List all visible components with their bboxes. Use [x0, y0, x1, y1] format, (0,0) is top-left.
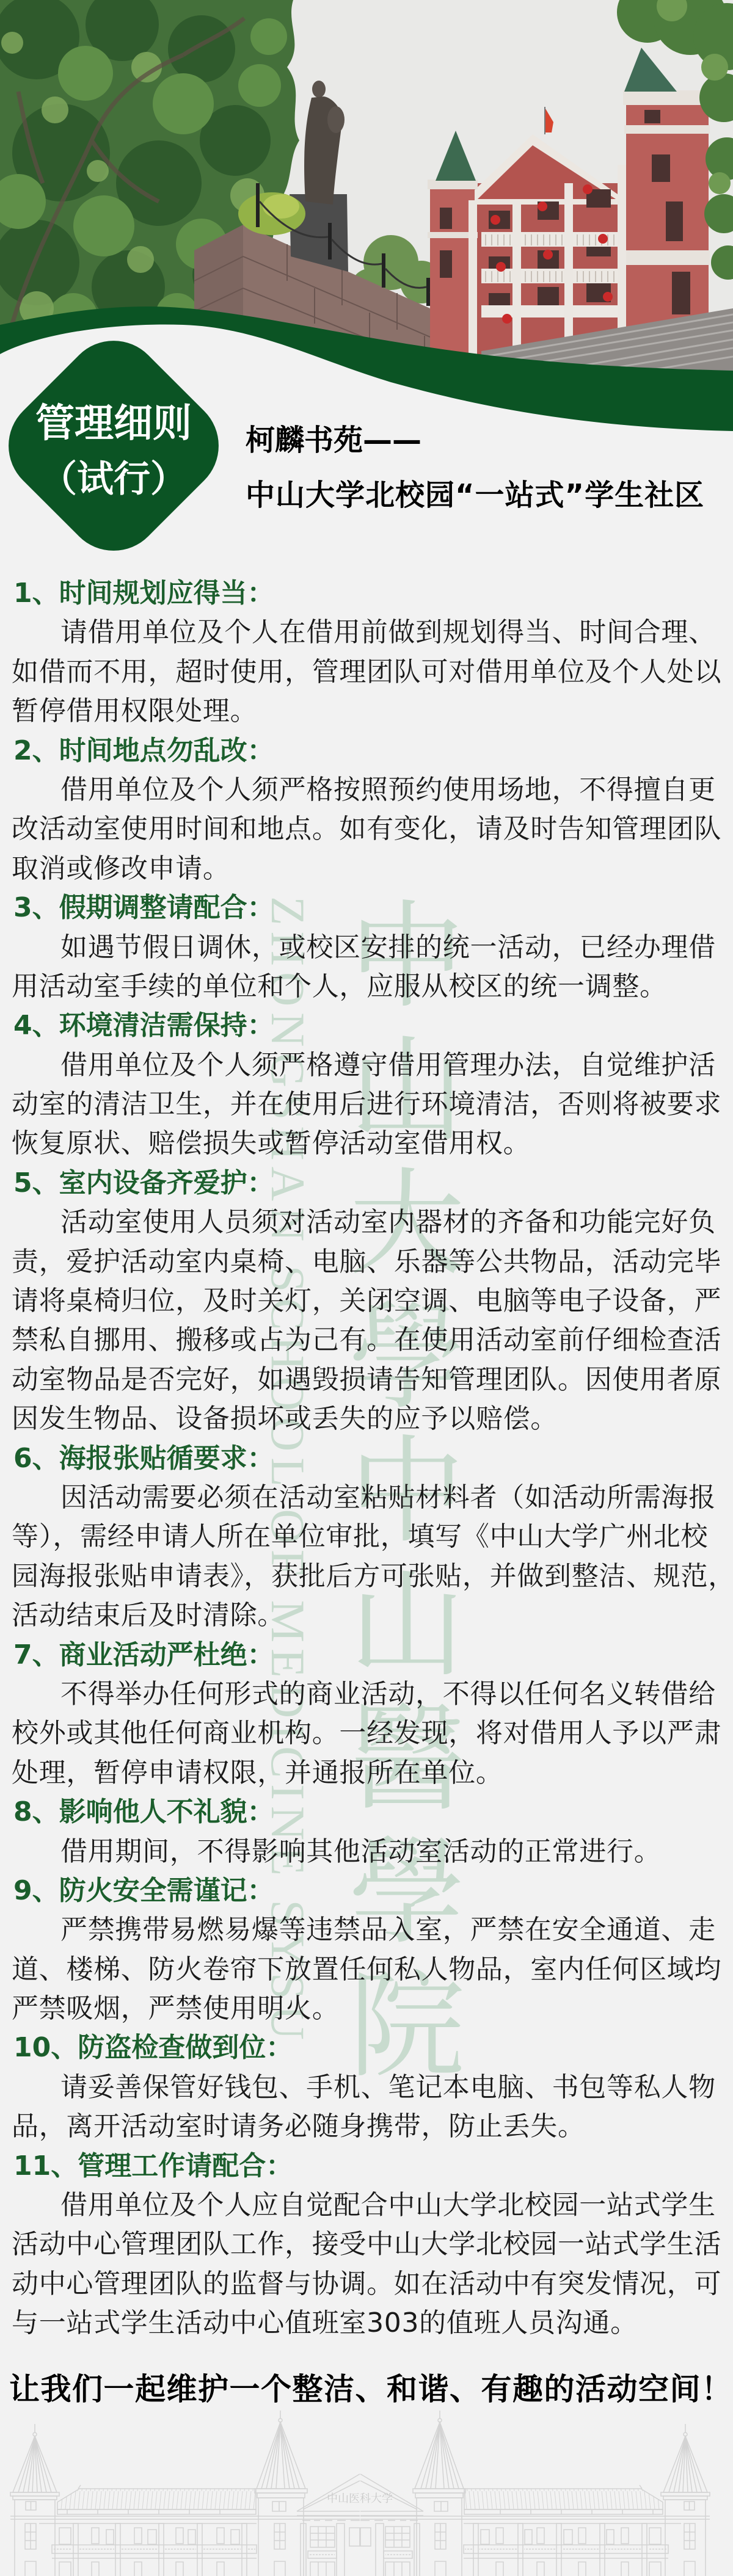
rule-text-line: 因发生物品、设备损坏或丢失的应予以赔偿。	[12, 1399, 729, 1439]
closing-slogan: 让我们一起维护一个整洁、和谐、有趣的活动空间！	[9, 2371, 733, 2407]
rule-text-line: 因活动需要必须在活动室粘贴材料者（如活动所需海报	[12, 1478, 729, 1517]
rule-text-line: 不得举办任何形式的商业活动，不得以任何名义转借给	[12, 1675, 729, 1714]
rule-text-line: 禁私自挪用、搬移或占为己有。在使用活动室前仔细检查活	[12, 1321, 729, 1360]
rule-4: 4、环境清洁需保持： 借用单位及个人须严格遵守借用管理办法，自觉维护活 动室的清…	[12, 1006, 729, 1164]
rule-7: 7、商业活动严杜绝： 不得举办任何形式的商业活动，不得以任何名义转借给 校外或其…	[12, 1636, 729, 1793]
rule-text-line: 责，爱护活动室内桌椅、电脑、乐器等公共物品，活动完毕	[12, 1243, 729, 1282]
rule-text-line: 恢复原状、赔偿损失或暂停活动室借用权。	[12, 1124, 729, 1163]
rule-text-line: 动室的清洁卫生，并在使用后进行环境清洁，否则将被要求	[12, 1085, 729, 1124]
rule-text-line: 借用单位及个人须严格按照预约使用场地，不得擅自更	[12, 771, 729, 810]
rule-text-line: 动室物品是否完好，如遇毁损请告知管理团队。因使用者原	[12, 1360, 729, 1399]
rule-text-line: 借用期间，不得影响其他活动室活动的正常进行。	[12, 1832, 729, 1871]
rules-list: 1、时间规划应得当： 请借用单位及个人在借用前做到规划得当、时间合理、 如借而不…	[12, 574, 729, 2343]
rule-heading: 3、假期调整请配合：	[12, 888, 729, 927]
rule-text-line: 处理，暂停申请权限，并通报所在单位。	[12, 1754, 729, 1793]
rule-1: 1、时间规划应得当： 请借用单位及个人在借用前做到规划得当、时间合理、 如借而不…	[12, 574, 729, 731]
rule-text-line: 活动中心管理团队工作，接受中山大学北校园一站式学生活	[12, 2225, 729, 2264]
rule-6: 6、海报张贴循要求： 因活动需要必须在活动室粘贴材料者（如活动所需海报 等），需…	[12, 1439, 729, 1636]
venue-name: 柯麟书苑——	[246, 422, 421, 459]
rule-text-line: 与一站式学生活动中心值班室303的值班人员沟通。	[12, 2304, 729, 2343]
rule-text-line: 严禁携带易燃易爆等违禁品入室，严禁在安全通道、走	[12, 1910, 729, 1950]
rule-5: 5、室内设备齐爱护： 活动室使用人员须对活动室内器材的齐备和功能完好负 责，爱护…	[12, 1164, 729, 1439]
rule-heading: 2、时间地点勿乱改：	[12, 731, 729, 771]
badge-title: 管理细则	[0, 399, 227, 448]
rule-text-line: 等），需经申请人所在单位审批，填写《中山大学广州北校	[12, 1517, 729, 1556]
rule-heading: 7、商业活动严杜绝：	[12, 1636, 729, 1675]
rule-text-line: 暂停借用权限处理。	[12, 692, 729, 731]
rule-heading: 6、海报张贴循要求：	[12, 1439, 729, 1478]
rule-text-line: 活动结束后及时清除。	[12, 1596, 729, 1635]
building-sign: 中山医科大学	[327, 2492, 393, 2505]
rule-heading: 10、防盗检查做到位：	[12, 2028, 729, 2067]
badge-subtitle: （试行）	[0, 455, 227, 504]
rule-heading: 4、环境清洁需保持：	[12, 1006, 729, 1045]
rule-text-line: 动中心管理团队的监督与协调。如在活动中有突发情况，可	[12, 2265, 729, 2304]
rule-text-line: 借用单位及个人须严格遵守借用管理办法，自觉维护活	[12, 1046, 729, 1085]
rule-text-line: 取消或修改申请。	[12, 849, 729, 888]
rule-text-line: 请借用单位及个人在借用前做到规划得当、时间合理、	[12, 613, 729, 652]
rule-8: 8、影响他人不礼貌： 借用期间，不得影响其他活动室活动的正常进行。	[12, 1793, 729, 1871]
community-name: 中山大学北校园“一站式”学生社区	[246, 477, 704, 513]
rule-text-line: 请将桌椅归位，及时关灯，关闭空调、电脑等电子设备，严	[12, 1282, 729, 1321]
building-line-drawing: 中山医科大学	[0, 2406, 733, 2576]
rule-heading: 8、影响他人不礼貌：	[12, 1793, 729, 1832]
rule-text-line: 如遇节假日调休，或校区安排的统一活动，已经办理借	[12, 928, 729, 967]
rule-text-line: 如借而不用，超时使用，管理团队可对借用单位及个人处以	[12, 653, 729, 692]
rule-text-line: 借用单位及个人应自觉配合中山大学北校园一站式学生	[12, 2186, 729, 2225]
rule-text-line: 用活动室手续的单位和个人，应服从校区的统一调整。	[12, 967, 729, 1006]
rule-text-line: 活动室使用人员须对活动室内器材的齐备和功能完好负	[12, 1203, 729, 1242]
building-right-half	[360, 2411, 710, 2576]
rule-text-line: 园海报张贴申请表》，获批后方可张贴，并做到整洁、规范，	[12, 1557, 729, 1596]
rule-9: 9、防火安全需谨记： 严禁携带易燃易爆等违禁品入室，严禁在安全通道、走 道、楼梯…	[12, 1871, 729, 2029]
rule-text-line: 道、楼梯、防火卷帘下放置任何私人物品，室内任何区域均	[12, 1950, 729, 1989]
rule-11: 11、管理工作请配合： 借用单位及个人应自觉配合中山大学北校园一站式学生 活动中…	[12, 2147, 729, 2343]
rule-text-line: 改活动室使用时间和地点。如有变化，请及时告知管理团队	[12, 810, 729, 849]
rule-text-line: 请妥善保管好钱包、手机、笔记本电脑、书包等私人物	[12, 2068, 729, 2107]
rule-3: 3、假期调整请配合： 如遇节假日调休，或校区安排的统一活动，已经办理借 用活动室…	[12, 888, 729, 1006]
rule-text-line: 品，离开活动室时请务必随身携带，防止丢失。	[12, 2107, 729, 2146]
rule-heading: 1、时间规划应得当：	[12, 574, 729, 613]
rule-heading: 11、管理工作请配合：	[12, 2147, 729, 2186]
rule-text-line: 校外或其他任何商业机构。一经发现，将对借用人予以严肃	[12, 1714, 729, 1753]
rule-10: 10、防盗检查做到位： 请妥善保管好钱包、手机、笔记本电脑、书包等私人物 品，离…	[12, 2028, 729, 2146]
rule-heading: 5、室内设备齐爱护：	[12, 1164, 729, 1203]
rule-2: 2、时间地点勿乱改： 借用单位及个人须严格按照预约使用场地，不得擅自更 改活动室…	[12, 731, 729, 889]
rule-text-line: 严禁吸烟，严禁使用明火。	[12, 1989, 729, 2028]
rule-heading: 9、防火安全需谨记：	[12, 1871, 729, 1910]
